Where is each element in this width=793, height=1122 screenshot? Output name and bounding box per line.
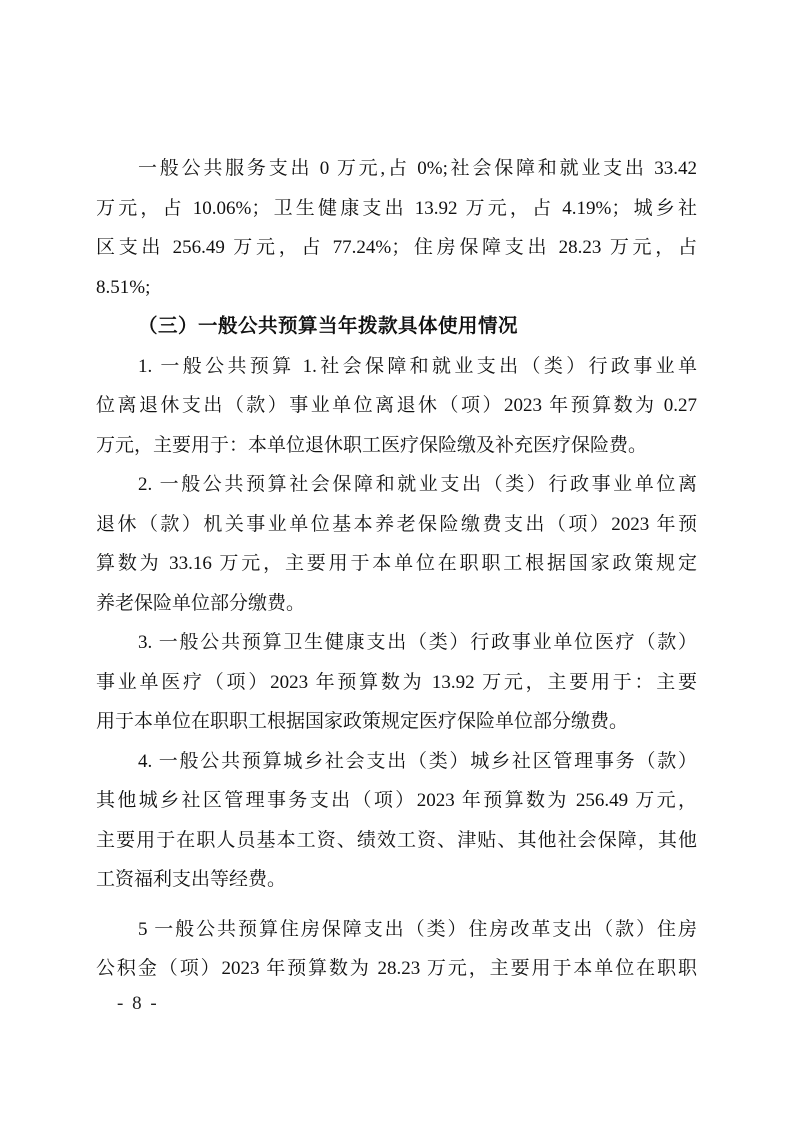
body-line: 8.51%;	[96, 268, 697, 308]
intro-paragraph: 一般公共服务支出 0 万元,占 0%;社会保障和就业支出 33.42 万元，占 …	[96, 149, 697, 307]
body-line: 1. 一般公共预算 1.社会保障和就业支出（类）行政事业单	[96, 347, 697, 387]
body-line: 区支出 256.49 万元，占 77.24%；住房保障支出 28.23 万元，占	[96, 228, 697, 268]
budget-item-5: 5 一般公共预算住房保障支出（类）住房改革支出（款）住房 公积金（项）2023 …	[96, 910, 697, 989]
budget-item-3: 3. 一般公共预算卫生健康支出（类）行政事业单位医疗（款） 事业单医疗（项）20…	[96, 623, 697, 742]
document-body: 一般公共服务支出 0 万元,占 0%;社会保障和就业支出 33.42 万元，占 …	[96, 149, 697, 989]
body-line: 公积金（项）2023 年预算数为 28.23 万元，主要用于本单位在职职	[96, 949, 697, 989]
budget-item-2: 2. 一般公共预算社会保障和就业支出（类）行政事业单位离 退休（款）机关事业单位…	[96, 465, 697, 623]
body-line: 养老保险单位部分缴费。	[96, 584, 697, 624]
body-line: 工资福利支出等经费。	[96, 860, 697, 900]
body-line: 万元，主要用于：本单位退休职工医疗保险缴及补充医疗保险费。	[96, 426, 697, 466]
body-line: 主要用于在职人员基本工资、绩效工资、津贴、其他社会保障，其他	[96, 821, 697, 861]
budget-item-4: 4. 一般公共预算城乡社会支出（类）城乡社区管理事务（款） 其他城乡社区管理事务…	[96, 742, 697, 900]
body-line: 位离退休支出（款）事业单位离退休（项）2023 年预算数为 0.27	[96, 386, 697, 426]
body-line: 2. 一般公共预算社会保障和就业支出（类）行政事业单位离	[96, 465, 697, 505]
body-line: 算数为 33.16 万元，主要用于本单位在职职工根据国家政策规定	[96, 544, 697, 584]
budget-item-1: 1. 一般公共预算 1.社会保障和就业支出（类）行政事业单 位离退休支出（款）事…	[96, 347, 697, 466]
body-line: 一般公共服务支出 0 万元,占 0%;社会保障和就业支出 33.42	[96, 149, 697, 189]
body-line: 万元，占 10.06%；卫生健康支出 13.92 万元，占 4.19%；城乡社	[96, 189, 697, 229]
body-line: 5 一般公共预算住房保障支出（类）住房改革支出（款）住房	[96, 910, 697, 950]
body-line: 其他城乡社区管理事务支出（项）2023 年预算数为 256.49 万元，	[96, 781, 697, 821]
body-line: 3. 一般公共预算卫生健康支出（类）行政事业单位医疗（款）	[96, 623, 697, 663]
body-line: 事业单医疗（项）2023 年预算数为 13.92 万元，主要用于：主要	[96, 663, 697, 703]
document-page: 一般公共服务支出 0 万元,占 0%;社会保障和就业支出 33.42 万元，占 …	[0, 0, 793, 1122]
body-line: 用于本单位在职职工根据国家政策规定医疗保险单位部分缴费。	[96, 702, 697, 742]
section-heading: （三）一般公共预算当年拨款具体使用情况	[96, 307, 697, 347]
body-line: 4. 一般公共预算城乡社会支出（类）城乡社区管理事务（款）	[96, 742, 697, 782]
body-line: 退休（款）机关事业单位基本养老保险缴费支出（项）2023 年预	[96, 505, 697, 545]
page-number: - 8 -	[117, 992, 159, 1016]
